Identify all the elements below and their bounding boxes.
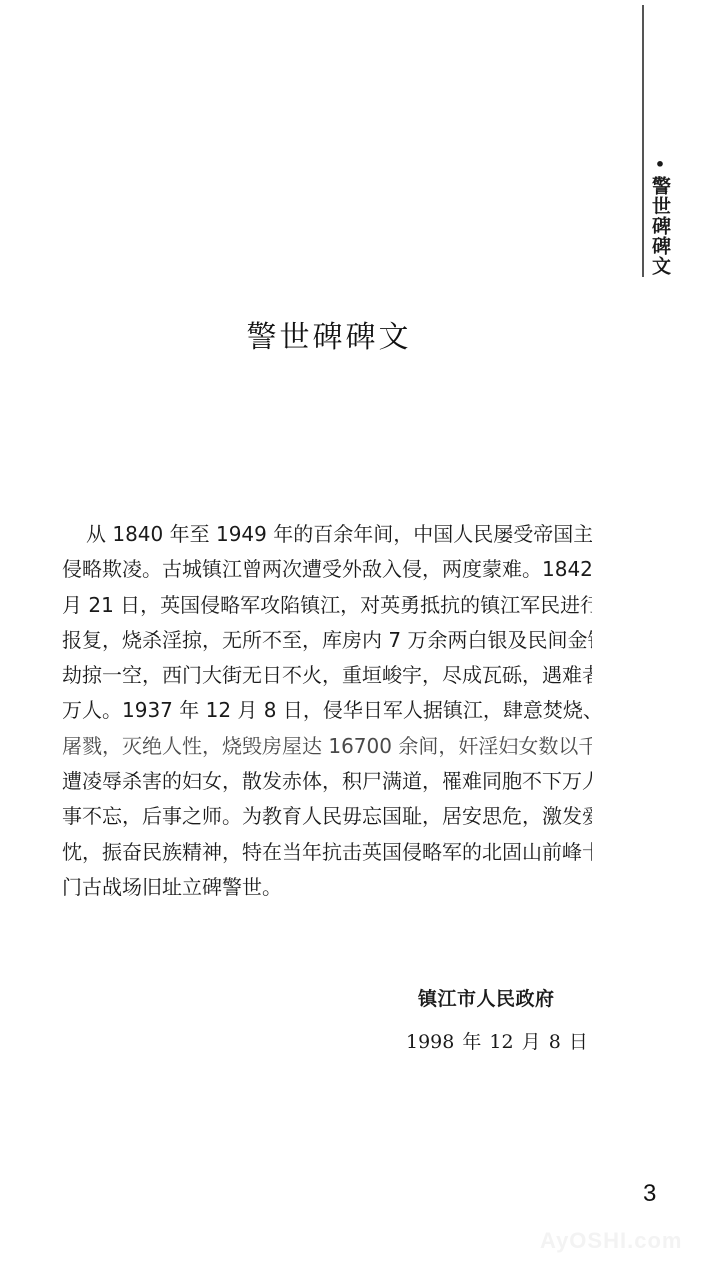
page-number: 3: [643, 1180, 656, 1208]
running-head: • 警世碑碑文: [648, 158, 672, 276]
body-line: 忱，振奋民族精神，特在当年抗击英国侵略军的北固山前峰十三: [62, 835, 592, 870]
body-line: 事不忘，后事之师。为教育人民毋忘国耻，居安思危，激发爱国热: [62, 799, 592, 834]
body-line: 门古战场旧址立碑警世。: [62, 870, 592, 905]
page-title-text: 警世碑碑文: [247, 312, 412, 356]
signature-date: 1998 年 12 月 8 日: [406, 1027, 588, 1054]
body-line: 报复，烧杀淫掠，无所不至，库房内 7 万余两白银及民间金银首饰: [62, 623, 592, 658]
signature-issuer: 镇江市人民政府: [418, 984, 555, 1011]
body-line: 劫掠一空，西门大街无日不火，重垣峻宇，尽成瓦砾，遇难者不下: [62, 658, 592, 693]
body-line: 屠戮，灭绝人性，烧毁房屋达 16700 余间，奸淫妇女数以千计，横: [62, 729, 592, 764]
body-line: 遭凌辱杀害的妇女，散发赤体，积尸满道，罹难同胞不下万人。前: [62, 764, 592, 799]
running-head-text: 警世碑碑文: [649, 176, 671, 276]
inscription-body: 从 1840 年至 1949 年的百余年间，中国人民屡受帝国主义者 侵略欺凌。古…: [62, 517, 592, 905]
margin-rule: [642, 5, 644, 277]
body-line: 从 1840 年至 1949 年的百余年间，中国人民屡受帝国主义者: [62, 517, 592, 552]
body-line: 万人。1937 年 12 月 8 日，侵华日军人据镇江，肆意焚烧、奸淫、: [62, 693, 592, 728]
watermark: AyOSHI.com: [540, 1228, 682, 1254]
body-line: 侵略欺凌。古城镇江曾两次遭受外敌入侵，两度蒙难。1842 年 7: [62, 552, 592, 587]
body-line: 月 21 日，英国侵略军攻陷镇江，对英勇抵抗的镇江军民进行疯狂: [62, 588, 592, 623]
bullet-icon: •: [655, 158, 665, 172]
page-title: 警世碑碑文: [0, 312, 650, 356]
